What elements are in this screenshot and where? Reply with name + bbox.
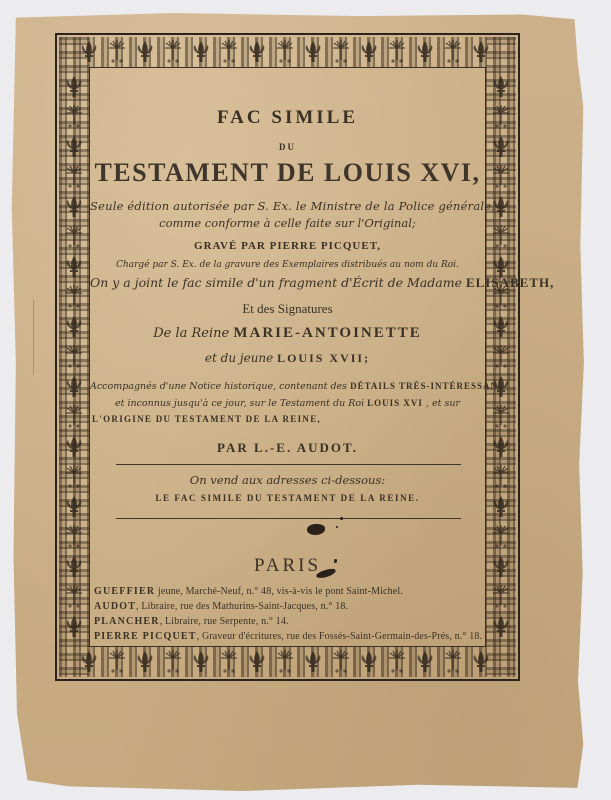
accompanied-line-1-script: Accompagnés d'une Notice historique, con… <box>90 381 347 392</box>
accompanied-line-3: L'ORIGINE DU TESTAMENT DE LA REINE, <box>92 414 487 424</box>
reine-name: MARIE-ANTOINETTE <box>233 325 421 341</box>
address-name: AUDOT <box>94 601 136 612</box>
reine-script: De la Reine <box>153 326 229 341</box>
address-gueffier: GUEFFIER jeune, Marché-Neuf, n.° 48, vis… <box>94 586 403 597</box>
binding-crease <box>33 300 34 375</box>
ink-speck <box>340 517 343 520</box>
city-paris: PARIS <box>90 555 485 577</box>
title-fac-simile: FAC SIMILE <box>90 107 485 129</box>
authorization-line-2: comme conforme à celle faite sur l'Origi… <box>90 216 485 230</box>
address-name: PLANCHER <box>94 616 160 627</box>
title-page-content: FAC SIMILE DU TESTAMENT DE LOUIS XVI, Se… <box>90 68 485 646</box>
address-audot: AUDOT, Libraire, rue des Mathurins-Saint… <box>94 601 348 612</box>
jeune-name: LOUIS XVII; <box>277 351 370 365</box>
address-picquet: PIERRE PICQUET, Graveur d'écritures, rue… <box>94 631 482 642</box>
author-line: PAR L.-E. AUDOT. <box>90 440 485 456</box>
title-testament: TESTAMENT DE LOUIS XVI, <box>90 158 485 188</box>
address-text: , Graveur d'écritures, rue des Fossés-Sa… <box>197 631 483 642</box>
divider-rule-bottom <box>116 518 461 519</box>
divider-rule-top <box>116 464 461 465</box>
address-name: PIERRE PICQUET <box>94 631 197 642</box>
joint-line: On y a joint le fac simile d'un fragment… <box>90 275 485 291</box>
accompanied-line-1-caps: DÉTAILS TRÈS-INTÉRESSANS <box>350 381 504 391</box>
address-text: jeune, Marché-Neuf, n.° 48, vis-à-vis le… <box>155 586 403 597</box>
jeune-script: et du jeune <box>205 351 273 365</box>
address-text: , Libraire, rue Serpente, n.° 14. <box>160 616 289 627</box>
address-name: GUEFFIER <box>94 586 155 597</box>
title-du: DU <box>90 142 485 152</box>
ink-speck <box>336 526 338 528</box>
reine-line: De la Reine MARIE-ANTOINETTE <box>90 325 485 342</box>
charges-line: Chargé par S. Ex. de la gravure des Exem… <box>90 260 485 270</box>
authorization-line-1: Seule édition autorisée par S. Ex. le Mi… <box>90 199 485 213</box>
sale-note: On vend aux adresses ci-dessous: <box>90 473 485 487</box>
accompanied-line-2-script-a: et inconnus jusqu'à ce jour, sur le Test… <box>115 398 364 409</box>
address-text: , Libraire, rue des Mathurins-Saint-Jacq… <box>136 601 348 612</box>
joint-name: ELISABETH, <box>466 275 554 290</box>
engraver-line: GRAVÉ PAR PIERRE PICQUET, <box>90 240 485 252</box>
address-plancher: PLANCHER, Libraire, rue Serpente, n.° 14… <box>94 616 289 627</box>
accompanied-line-2-caps: LOUIS XVI <box>367 398 423 408</box>
sale-item: LE FAC SIMILE DU TESTAMENT DE LA REINE. <box>90 493 485 503</box>
accompanied-line-2: et inconnus jusqu'à ce jour, sur le Test… <box>90 398 485 409</box>
jeune-line: et du jeune LOUIS XVII; <box>90 351 485 366</box>
accompanied-line-2-script-b: , et sur <box>426 398 460 409</box>
accompanied-line-1: Accompagnés d'une Notice historique, con… <box>90 381 485 392</box>
ink-blot <box>307 524 325 535</box>
signatures-line: Et des Signatures <box>90 301 485 317</box>
joint-script: On y a joint le fac simile d'un fragment… <box>90 275 462 290</box>
